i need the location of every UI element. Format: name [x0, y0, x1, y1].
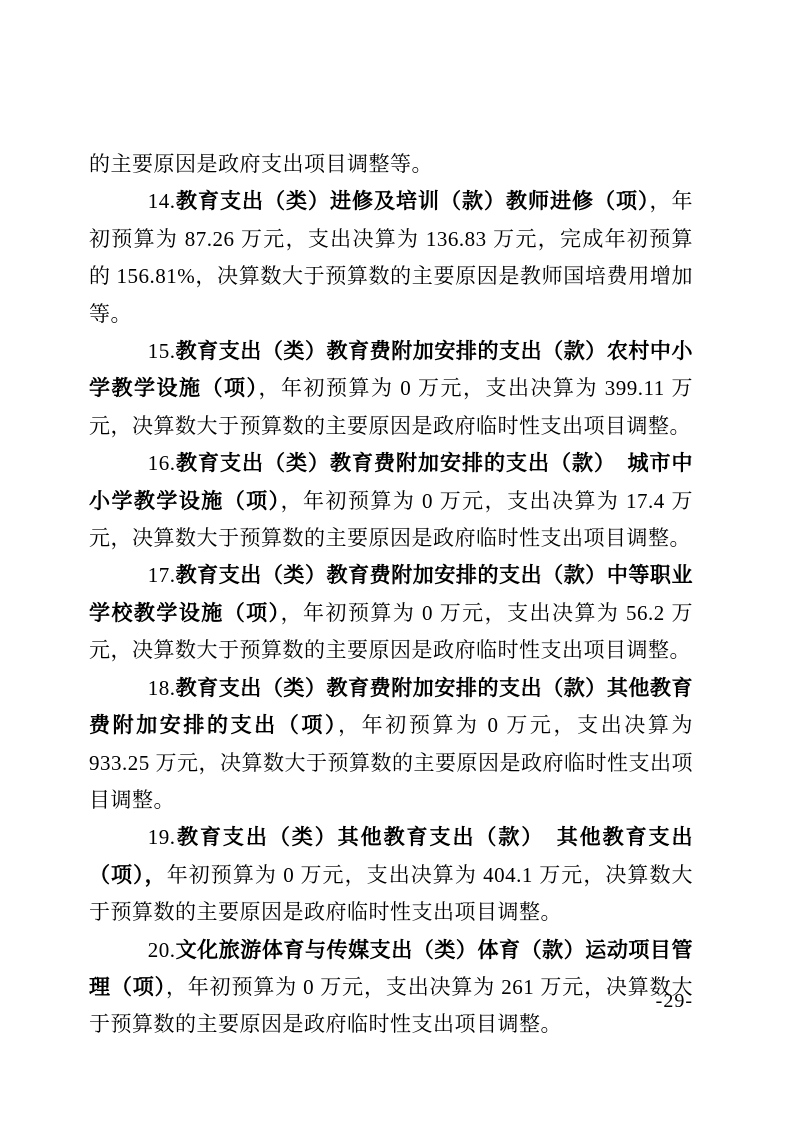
continuation-text: 的主要原因是政府支出项目调整等。	[89, 152, 433, 176]
page-number: -29-	[656, 991, 693, 1011]
item-heading: 教育支出（类）进修及培训（款）教师进修（项）	[176, 189, 650, 213]
budget-item-paragraph-16: 16.教育支出（类）教育费附加安排的支出（款） 城市中小学教学设施（项），年初预…	[89, 445, 693, 557]
item-body: 年初预算为 0 万元，支出决算为 404.1 万元，决算数大于预算数的主要原因是…	[89, 863, 693, 924]
item-number: 20.	[148, 938, 176, 962]
budget-item-paragraph-20: 20.文化旅游体育与传媒支出（类）体育（款）运动项目管理（项），年初预算为 0 …	[89, 932, 693, 1044]
item-number: 14.	[148, 189, 176, 213]
document-page: 的主要原因是政府支出项目调整等。 14.教育支出（类）进修及培训（款）教师进修（…	[0, 0, 793, 1122]
item-number: 16.	[148, 451, 176, 475]
document-body-text: 的主要原因是政府支出项目调整等。 14.教育支出（类）进修及培训（款）教师进修（…	[89, 146, 693, 1044]
item-number: 17.	[148, 563, 176, 587]
budget-item-paragraph-19: 19.教育支出（类）其他教育支出（款） 其他教育支出（项），年初预算为 0 万元…	[89, 819, 693, 931]
budget-item-paragraph-15: 15.教育支出（类）教育费附加安排的支出（款）农村中小学教学设施（项），年初预算…	[89, 333, 693, 445]
item-number: 15.	[148, 339, 176, 363]
continuation-paragraph: 的主要原因是政府支出项目调整等。	[89, 146, 693, 183]
budget-item-paragraph-18: 18.教育支出（类）教育费附加安排的支出（款）其他教育费附加安排的支出（项），年…	[89, 670, 693, 820]
budget-item-paragraph-14: 14.教育支出（类）进修及培训（款）教师进修（项），年初预算为 87.26 万元…	[89, 183, 693, 333]
budget-item-paragraph-17: 17.教育支出（类）教育费附加安排的支出（款）中等职业学校教学设施（项），年初预…	[89, 557, 693, 669]
item-number: 19.	[148, 825, 176, 849]
item-number: 18.	[148, 676, 176, 700]
item-body: ，年初预算为 0 万元，支出决算为 261 万元，决算数大于预算数的主要原因是政…	[89, 975, 693, 1036]
